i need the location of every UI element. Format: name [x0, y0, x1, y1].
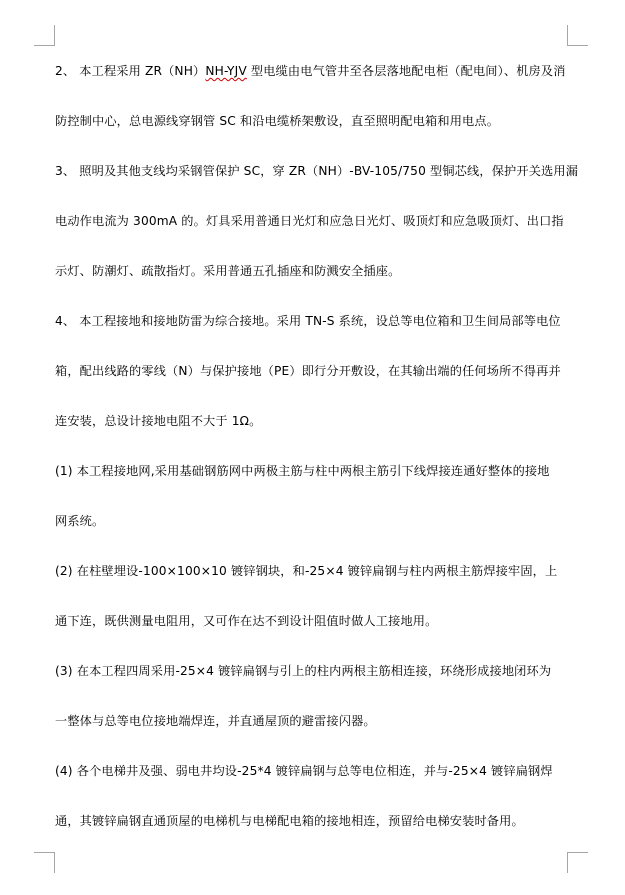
- paragraph-2-line-2: 防控制中心，总电源线穿钢管 SC 和沿电缆桥架敷设，直至照明配电箱和用电点。: [55, 113, 575, 129]
- item-1-line-1: (1) 本工程接地网,采用基础钢筋网中两极主筋与柱中两根主筋引下线焊接连通好整体…: [55, 463, 575, 479]
- text-run: 型电缆由电气管井至各层落地配电柜（配电间）、机房及消: [247, 64, 566, 78]
- text-run: 2、 本工程采用 ZR（NH）: [55, 64, 205, 78]
- paragraph-3-line-2: 电动作电流为 300mA 的。灯具采用普通日光灯和应急日光灯、吸顶灯和应急吸顶灯…: [55, 213, 575, 229]
- paragraph-4-line-3: 连安装，总设计接地电阻不大于 1Ω。: [55, 413, 575, 429]
- item-3-line-1: (3) 在本工程四周采用-25×4 镀锌扁钢与引上的柱内两根主筋相连接，环绕形成…: [55, 663, 575, 679]
- item-1-line-2: 网系统。: [55, 513, 575, 529]
- page-corner-mark-top-right: [567, 25, 588, 46]
- item-4-line-1: (4) 各个电梯井及强、弱电井均设-25*4 镀锌扁钢与总等电位相连，并与-25…: [55, 763, 575, 779]
- paragraph-3-line-3: 示灯、防潮灯、疏散指灯。采用普通五孔插座和防溅安全插座。: [55, 263, 575, 279]
- paragraph-4-line-2: 箱，配出线路的零线（N）与保护接地（PE）即行分开敷设，在其输出端的任何场所不得…: [55, 363, 575, 379]
- paragraph-2-line-1: 2、 本工程采用 ZR（NH）NH-YJV 型电缆由电气管井至各层落地配电柜（配…: [55, 63, 575, 79]
- page-corner-mark-bottom-left: [34, 852, 55, 873]
- page-corner-mark-top-left: [34, 25, 55, 46]
- item-2-line-1: (2) 在柱壁埋设-100×100×10 镀锌钢块，和-25×4 镀锌扁钢与柱内…: [55, 563, 575, 579]
- item-2-line-2: 通下连，既供测量电阻用，又可作在达不到设计阻值时做人工接地用。: [55, 613, 575, 629]
- item-3-line-2: 一整体与总等电位接地端焊连，并直通屋顶的避雷接闪器。: [55, 713, 575, 729]
- item-4-line-2: 通，其镀锌扁钢直通顶屋的电梯机与电梯配电箱的接地相连，预留给电梯安装时备用。: [55, 813, 575, 829]
- paragraph-4-line-1: 4、 本工程接地和接地防雷为综合接地。采用 TN-S 系统，设总等电位箱和卫生间…: [55, 313, 575, 329]
- spellcheck-flagged-word[interactable]: NH-YJV: [205, 64, 247, 78]
- paragraph-3-line-1: 3、 照明及其他支线均采钢管保护 SC，穿 ZR（NH）-BV-105/750 …: [55, 163, 575, 179]
- page-corner-mark-bottom-right: [567, 852, 588, 873]
